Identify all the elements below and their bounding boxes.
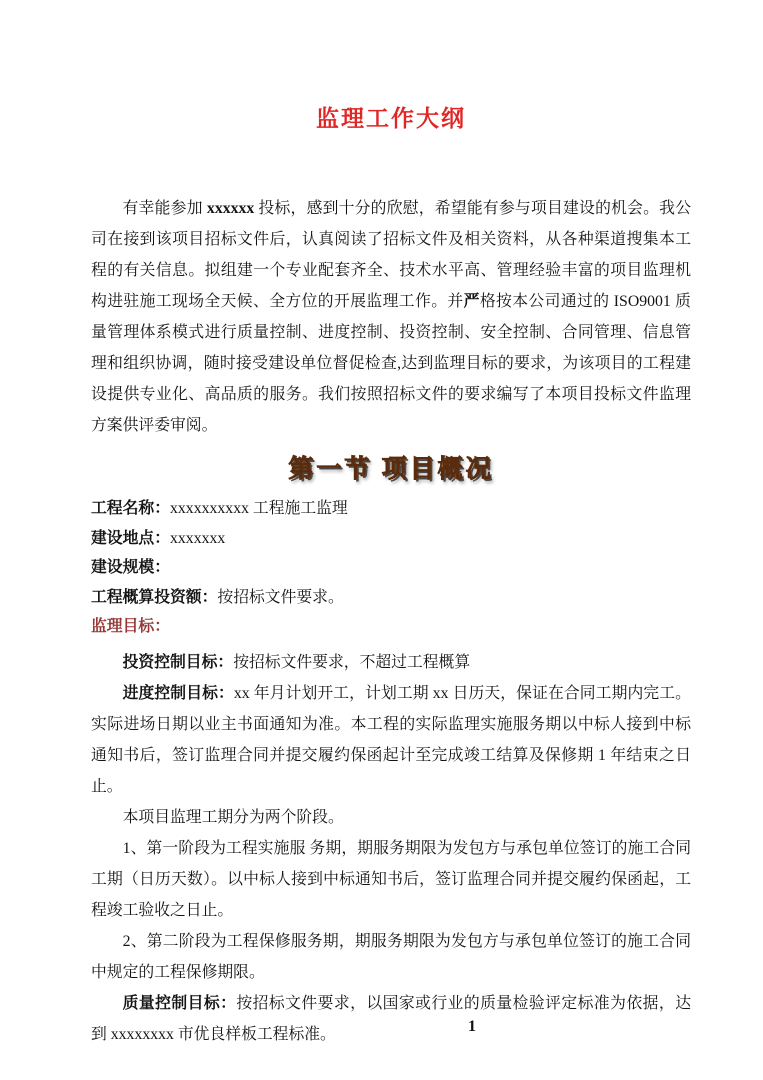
info-line-budget: 工程概算投资额：按招标文件要求。 [91, 583, 691, 613]
intro-bold-emphasis: 严 [464, 293, 480, 310]
intro-bold-placeholder: xxxxxx [207, 200, 254, 217]
intro-paragraph: 有幸能参加 xxxxxx 投标，感到十分的欣慰，希望能有参与项目建设的机会。我公… [91, 193, 691, 441]
info-label-supervision-goals: 监理目标： [91, 618, 170, 635]
info-value: xxxxxxxxxx 工程施工监理 [170, 500, 348, 517]
goal-paragraph-phases-intro: 本项目监理工期分为两个阶段。 [91, 802, 691, 833]
goal-label: 投资控制目标： [123, 654, 234, 671]
intro-text-3: 格按本公司通过的 ISO9001 质量管理体系模式进行质量控制、进度控制、投资控… [91, 293, 691, 434]
intro-text-1: 有幸能参加 [123, 200, 207, 217]
document-page: 监理工作大纲 有幸能参加 xxxxxx 投标，感到十分的欣慰，希望能有参与项目建… [0, 0, 763, 1080]
info-label: 建设地点： [91, 530, 170, 547]
goal-text: 按招标文件要求，不超过工程概算 [233, 654, 470, 671]
info-line-scale: 建设规模： [91, 553, 691, 583]
goals-section: 投资控制目标：按招标文件要求，不超过工程概算 进度控制目标：xx 年月计划开工，… [91, 647, 691, 1050]
goal-paragraph-phase-1: 1、第一阶段为工程实施服 务期，期服务期限为发包方与承包单位签订的施工合同工期（… [91, 833, 691, 926]
goal-text: 本项目监理工期分为两个阶段。 [123, 809, 344, 826]
project-info-list: 工程名称：xxxxxxxxxx 工程施工监理 建设地点：xxxxxxx 建设规模… [91, 494, 691, 642]
section-heading: 第一节 项目概况 [91, 451, 691, 489]
goal-paragraph-quality: 质量控制目标：按招标文件要求，以国家或行业的质量检验评定标准为依据，达到 xxx… [91, 988, 691, 1050]
info-line-project-name: 工程名称：xxxxxxxxxx 工程施工监理 [91, 494, 691, 524]
info-label: 工程概算投资额： [91, 589, 217, 606]
goal-paragraph-schedule: 进度控制目标：xx 年月计划开工，计划工期 xx 日历天，保证在合同工期内完工。… [91, 678, 691, 802]
info-line-supervision-goals: 监理目标： [91, 612, 691, 642]
goal-paragraph-investment: 投资控制目标：按招标文件要求，不超过工程概算 [91, 647, 691, 678]
info-label: 工程名称： [91, 500, 170, 517]
document-content: 监理工作大纲 有幸能参加 xxxxxx 投标，感到十分的欣慰，希望能有参与项目建… [91, 0, 691, 1050]
goal-text: 2、第二阶段为工程保修服务期，期服务期限为发包方与承包单位签订的施工合同中规定的… [91, 933, 691, 981]
goal-label: 质量控制目标： [123, 995, 237, 1012]
info-line-location: 建设地点：xxxxxxx [91, 524, 691, 554]
goal-label: 进度控制目标： [123, 685, 234, 702]
info-value: xxxxxxx [170, 530, 225, 547]
document-title: 监理工作大纲 [91, 0, 691, 136]
goal-text: 1、第一阶段为工程实施服 务期，期服务期限为发包方与承包单位签订的施工合同工期（… [91, 840, 691, 919]
info-label: 建设规模： [91, 559, 170, 576]
info-value: 按招标文件要求。 [217, 589, 343, 606]
goal-paragraph-phase-2: 2、第二阶段为工程保修服务期，期服务期限为发包方与承包单位签订的施工合同中规定的… [91, 926, 691, 988]
page-number: 1 [468, 1018, 476, 1036]
